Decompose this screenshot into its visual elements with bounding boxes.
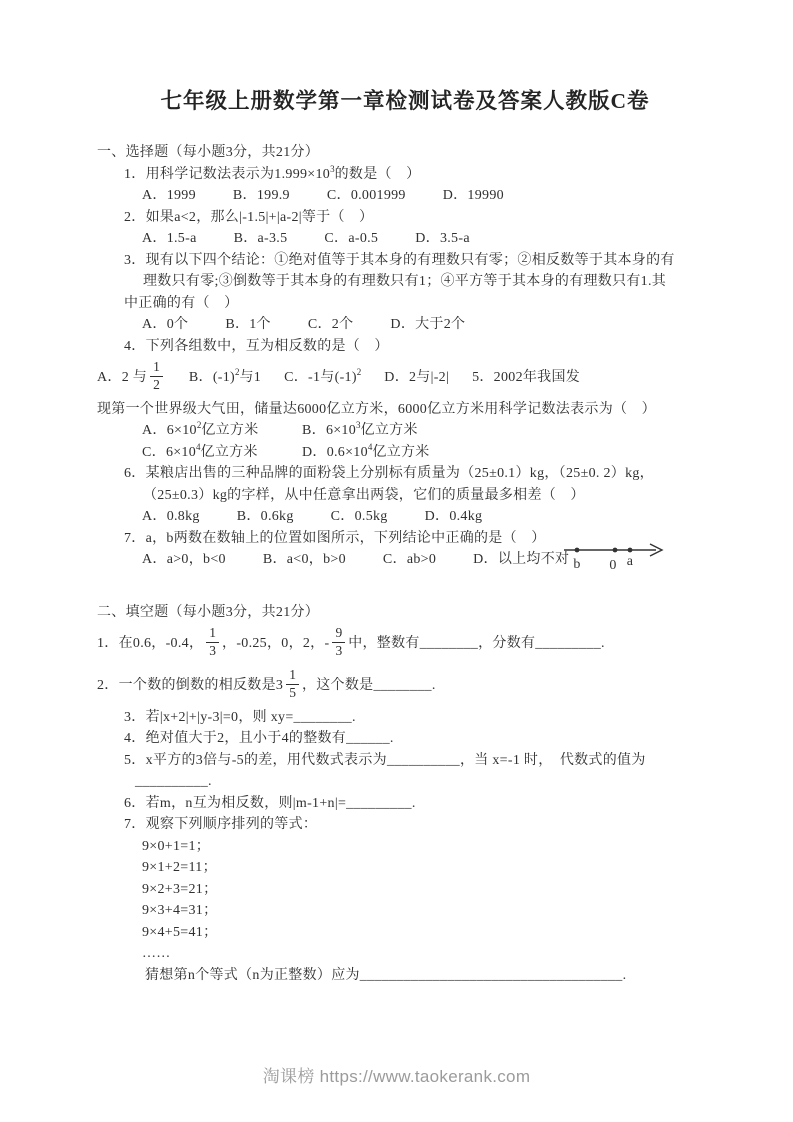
choice-q3-option-d: D．大于2个: [390, 317, 465, 332]
choice-q6-option-d: D．0.4kg: [425, 509, 483, 524]
fill-q7-equation-5: 9×4+5=41；: [97, 922, 713, 944]
choice-q5-option-a-text: A．6×10: [142, 423, 197, 438]
choice-q4-option-d: D．2与|-2|: [384, 370, 449, 385]
choice-q2-option-a: A．1.5-a: [142, 231, 197, 246]
choice-q1-stem: 1．用科学记数法表示为1.999×103的数是（ ）: [97, 164, 713, 186]
choice-q7-option-b: B．a<0，b>0: [263, 552, 346, 567]
choice-q3-option-b: B．1个: [225, 317, 271, 332]
choice-q3-stem-line2: 理数只有零;③倒数等于其本身的有理数只有1；④平方等于其本身的有理数只有1.其: [97, 271, 713, 293]
fraction-numerator: 9: [332, 626, 345, 643]
choice-q3-stem-line3: 中正确的有（ ）: [97, 293, 713, 315]
choice-q1-option-a: A．1999: [142, 188, 196, 203]
choice-q5-option-a: A．6×102亿立方米: [142, 420, 302, 442]
fill-q7-ellipsis: ……: [97, 943, 713, 965]
choice-q4-option-c-text: C．-1与(-1): [284, 370, 357, 385]
choice-q6-option-c: C．0.5kg: [331, 509, 388, 524]
choice-q5-options-row2: C．6×104亿立方米D．0.6×104亿立方米: [97, 442, 713, 464]
choice-q1-stem-post: 的数是（ ）: [335, 167, 421, 182]
choice-q1-option-c: C．0.001999: [327, 188, 406, 203]
numberline-label-zero: 0: [609, 558, 616, 573]
fill-q2: 2．一个数的倒数的相反数是315，这个数是________.: [97, 665, 713, 707]
choice-q2-options: A．1.5-aB．a-3.5C．a-0.5D．3.5-a: [97, 228, 713, 250]
choice-q5-option-c: C．6×104亿立方米: [142, 442, 302, 464]
fill-q5-line1: 5．x平方的3倍与-5的差，用代数式表示为__________，当 x=-1 时…: [97, 750, 713, 772]
choice-q5-option-d: D．0.6×104亿立方米: [302, 445, 430, 460]
choice-q1-stem-pre: 1．用科学记数法表示为1.999×10: [124, 167, 330, 182]
fraction-denominator: 2: [150, 377, 163, 393]
choice-q4-option-b: B．(-1)2与1: [189, 370, 261, 385]
choice-q4-option-a: A．2 与12: [97, 370, 166, 385]
fill-q1-mid: ，-0.25，0，2，-: [222, 636, 329, 651]
choice-q5-option-b-text: B．6×10: [302, 423, 356, 438]
fill-q7-guess: 猜想第n个等式（n为正整数）应为________________________…: [97, 965, 713, 987]
test-paper-body: 七年级上册数学第一章检测试卷及答案人教版C卷 一、选择题（每小题3分，共21分）…: [97, 86, 713, 986]
choice-q6-option-a: A．0.8kg: [142, 509, 200, 524]
choice-q5-option-d-unit: 亿立方米: [372, 445, 429, 460]
fraction-one-half: 12: [150, 360, 163, 393]
choice-q5-option-b-unit: 亿立方米: [361, 423, 418, 438]
page-title: 七年级上册数学第一章检测试卷及答案人教版C卷: [97, 86, 713, 116]
choice-q2-option-c: C．a-0.5: [324, 231, 378, 246]
choice-q5-options-row1: A．6×102亿立方米B．6×103亿立方米: [97, 420, 713, 442]
choice-q3-options: A．0个B．1个C．2个D．大于2个: [97, 314, 713, 336]
choice-q4-option-c-exponent: 2: [357, 367, 362, 377]
fill-q7-equation-1: 9×0+1=1；: [97, 836, 713, 858]
fraction-nine-thirds: 93: [332, 626, 345, 659]
scanned-test-page: 七年级上册数学第一章检测试卷及答案人教版C卷 一、选择题（每小题3分，共21分）…: [0, 0, 793, 1122]
numberline-figure: b 0 a: [563, 532, 671, 574]
choice-q4-option-b-post: 与1: [240, 370, 262, 385]
fraction-numerator: 1: [286, 668, 299, 685]
choice-q7-option-c: C．ab>0: [383, 552, 436, 567]
fraction-numerator: 1: [150, 360, 163, 377]
choice-q7-option-d: D．以上均不对: [473, 552, 569, 567]
fill-q7-equation-4: 9×3+4=31；: [97, 900, 713, 922]
choice-q5-option-c-text: C．6×10: [142, 445, 196, 460]
choice-q5-option-d-text: D．0.6×10: [302, 445, 368, 460]
choice-q6-option-b: B．0.6kg: [237, 509, 294, 524]
fill-q6: 6．若m，n互为相反数，则|m-1+n|=_________.: [97, 793, 713, 815]
fill-q7-equation-2: 9×1+2=11；: [97, 857, 713, 879]
choice-q1-option-b: B．199.9: [233, 188, 290, 203]
choice-q5-stem-continued: 现第一个世界级大气田，储量达6000亿立方米，6000亿立方米用科学记数法表示为…: [97, 399, 713, 421]
choice-q1-options: A．1999B．199.9C．0.001999D．19990: [97, 185, 713, 207]
fill-q4: 4．绝对值大于2，且小于4的整数有______.: [97, 728, 713, 750]
choice-q3-option-a: A．0个: [142, 317, 188, 332]
choice-q5-option-a-unit: 亿立方米: [201, 423, 258, 438]
fill-q1-pre: 1．在0.6，-0.4，: [97, 636, 203, 651]
choice-q7-option-a: A．a>0，b<0: [142, 552, 226, 567]
choice-q2-stem: 2．如果a<2，那么|-1.5|+|a-2|等于（ ）: [97, 207, 713, 229]
choice-q6-options: A．0.8kgB．0.6kgC．0.5kgD．0.4kg: [97, 506, 713, 528]
choice-q6-stem-line2: （25±0.3）kg的字样，从中任意拿出两袋，它们的质量最多相差（ ）: [97, 485, 713, 507]
fill-q3: 3．若|x+2|+|y-3|=0，则 xy=________.: [97, 707, 713, 729]
fraction-denominator: 3: [332, 643, 345, 659]
choice-q4-stem: 4．下列各组数中，互为相反数的是（ ）: [97, 336, 713, 358]
choice-q4-option-a-text: A．2 与: [97, 370, 147, 385]
choice-section-heading: 一、选择题（每小题3分，共21分）: [97, 142, 713, 164]
numberline-label-a: a: [627, 554, 634, 569]
choice-q3-option-c: C．2个: [308, 317, 354, 332]
choice-q3-stem-line1: 3．现有以下四个结论：①绝对值等于其本身的有理数只有零；②相反数等于其本身的有: [97, 250, 713, 272]
numberline-point-b: [575, 548, 580, 553]
fraction-numerator: 1: [206, 626, 219, 643]
fill-q2-pre: 2．一个数的倒数的相反数是3: [97, 678, 283, 693]
fill-q2-post: ，这个数是________.: [302, 678, 436, 693]
choice-q5-lead: 5．2002年我国发: [472, 370, 580, 385]
numberline-point-zero: [613, 548, 618, 553]
fill-section-heading: 二、填空题（每小题3分，共21分）: [97, 602, 713, 624]
fill-q7-equation-3: 9×2+3=21；: [97, 879, 713, 901]
fraction-denominator: 3: [206, 643, 219, 659]
choice-q5-option-c-unit: 亿立方米: [201, 445, 258, 460]
fill-q1-post: 中，整数有________，分数有_________.: [348, 636, 605, 651]
fraction-one-fifth: 15: [286, 668, 299, 701]
choice-q4-option-c: C．-1与(-1)2: [284, 370, 361, 385]
watermark-footer: 淘课榜 https://www.taokerank.com: [0, 1062, 793, 1087]
numberline-point-a: [628, 548, 633, 553]
choice-q5-option-b: B．6×103亿立方米: [302, 423, 418, 438]
fill-q1: 1．在0.6，-0.4，13，-0.25，0，2，-93中，整数有_______…: [97, 623, 713, 665]
numberline-label-b: b: [573, 557, 580, 572]
choice-q2-option-d: D．3.5-a: [415, 231, 470, 246]
choice-q4-option-b-text: B．(-1): [189, 370, 235, 385]
choice-q4-options: A．2 与12B．(-1)2与1C．-1与(-1)2D．2与|-2|5．2002…: [97, 357, 713, 399]
fraction-denominator: 5: [286, 685, 299, 701]
choice-q1-option-d: D．19990: [443, 188, 504, 203]
choice-q7-options: A．a>0，b<0B．a<0，b>0C．ab>0D．以上均不对 b 0 a: [97, 549, 713, 571]
choice-q2-option-b: B．a-3.5: [234, 231, 288, 246]
fraction-one-third: 13: [206, 626, 219, 659]
choice-q6-stem-line1: 6．某粮店出售的三种品牌的面粉袋上分别标有质量为（25±0.1）kg，（25±0…: [97, 463, 713, 485]
fill-q5-line2: __________.: [97, 771, 713, 793]
fill-q7-stem: 7．观察下列顺序排列的等式：: [97, 814, 713, 836]
